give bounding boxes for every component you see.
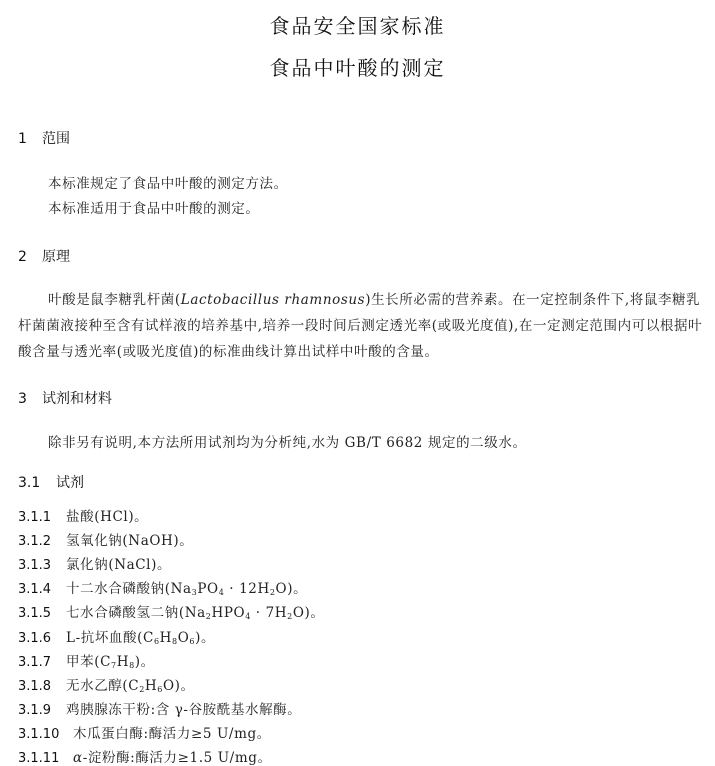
text: 叶酸是鼠李糖乳杆菌(	[48, 292, 181, 308]
item-number: 3.1.5	[18, 606, 66, 621]
reagent-item: 3.1.11α-淀粉酶:酶活力≥1.5 U/mg。	[18, 746, 272, 766]
item-number: 3.1.7	[18, 655, 66, 670]
section-title: 试剂和材料	[42, 391, 112, 407]
section-heading-principle: 2原理	[18, 246, 70, 266]
formula: NaCl	[114, 557, 151, 573]
item-name: L-抗坏血酸	[66, 630, 137, 646]
formula: Na2HPO4 · 7H2O	[185, 605, 305, 621]
reagent-item: 3.1.4十二水合磷酸钠(Na3PO4 · 12H2O)。	[18, 577, 307, 597]
document-title: 食品安全国家标准	[0, 10, 715, 39]
section-heading-scope: 1范围	[18, 128, 70, 148]
item-name: 无水乙醇	[66, 678, 122, 694]
item-name: 七水合磷酸氢二钠	[66, 605, 179, 621]
item-text: -淀粉酶:酶活力≥1.5 U/mg。	[83, 750, 272, 766]
paragraph: 本标准规定了食品中叶酸的测定方法。	[18, 171, 704, 197]
section-number: 1	[18, 131, 42, 147]
item-number: 3.1.10	[18, 727, 73, 742]
section-title: 原理	[42, 249, 70, 265]
item-name: 盐酸	[66, 509, 94, 525]
item-name: 氯化钠	[66, 557, 108, 573]
item-number: 3.1.4	[18, 582, 66, 597]
reagent-item: 3.1.10木瓜蛋白酶:酶活力≥5 U/mg。	[18, 722, 271, 742]
section-heading-reagents-materials: 3试剂和材料	[18, 388, 112, 408]
item-name: 甲苯	[66, 654, 94, 670]
section-number: 3	[18, 391, 42, 407]
subsection-title: 试剂	[56, 475, 84, 491]
item-name: 氢氧化钠	[66, 533, 122, 549]
reagent-item: 3.1.1盐酸(HCl)。	[18, 505, 148, 525]
subsection-number: 3.1	[18, 475, 56, 491]
section-number: 2	[18, 249, 42, 265]
principle-paragraph: 叶酸是鼠李糖乳杆菌(Lactobacillus rhamnosus)生长所必需的…	[18, 287, 704, 365]
reagent-item: 3.1.8无水乙醇(C2H6O)。	[18, 674, 195, 694]
reagent-item: 3.1.3氯化钠(NaCl)。	[18, 553, 171, 573]
reagent-item: 3.1.7甲苯(C7H8)。	[18, 650, 155, 670]
formula: C6H8O6	[143, 630, 195, 646]
formula: C7H8	[100, 654, 135, 670]
formula: Na3PO4 · 12H2O	[171, 581, 288, 597]
item-number: 3.1.1	[18, 510, 66, 525]
alpha-symbol: α	[73, 750, 83, 766]
paragraph: 本标准适用于食品中叶酸的测定。	[18, 196, 704, 222]
item-number: 3.1.6	[18, 631, 66, 646]
item-number: 3.1.3	[18, 558, 66, 573]
item-name: 十二水合磷酸钠	[66, 581, 165, 597]
formula: HCl	[100, 509, 128, 525]
reagent-item: 3.1.6L-抗坏血酸(C6H8O6)。	[18, 626, 215, 646]
species-name: Lactobacillus rhamnosus	[181, 292, 365, 308]
reagent-item: 3.1.5七水合磷酸氢二钠(Na2HPO4 · 7H2O)。	[18, 601, 324, 621]
item-number: 3.1.2	[18, 534, 66, 549]
reagent-item: 3.1.9鸡胰腺冻干粉:含 γ-谷胺酰基水解酶。	[18, 698, 301, 718]
subsection-heading-reagents: 3.1试剂	[18, 472, 84, 492]
item-text: 木瓜蛋白酶:酶活力≥5 U/mg。	[73, 726, 271, 742]
item-text: 鸡胰腺冻干粉:含 γ-谷胺酰基水解酶。	[66, 702, 301, 718]
paragraph: 除非另有说明,本方法所用试剂均为分析纯,水为 GB/T 6682 规定的二级水。	[18, 430, 704, 456]
formula: NaOH	[128, 533, 173, 549]
item-number: 3.1.9	[18, 703, 66, 718]
item-number: 3.1.8	[18, 679, 66, 694]
formula: C2H6O	[128, 678, 174, 694]
document-subtitle: 食品中叶酸的测定	[0, 52, 715, 81]
section-title: 范围	[42, 131, 70, 147]
reagent-item: 3.1.2氢氧化钠(NaOH)。	[18, 529, 193, 549]
item-number: 3.1.11	[18, 751, 73, 766]
